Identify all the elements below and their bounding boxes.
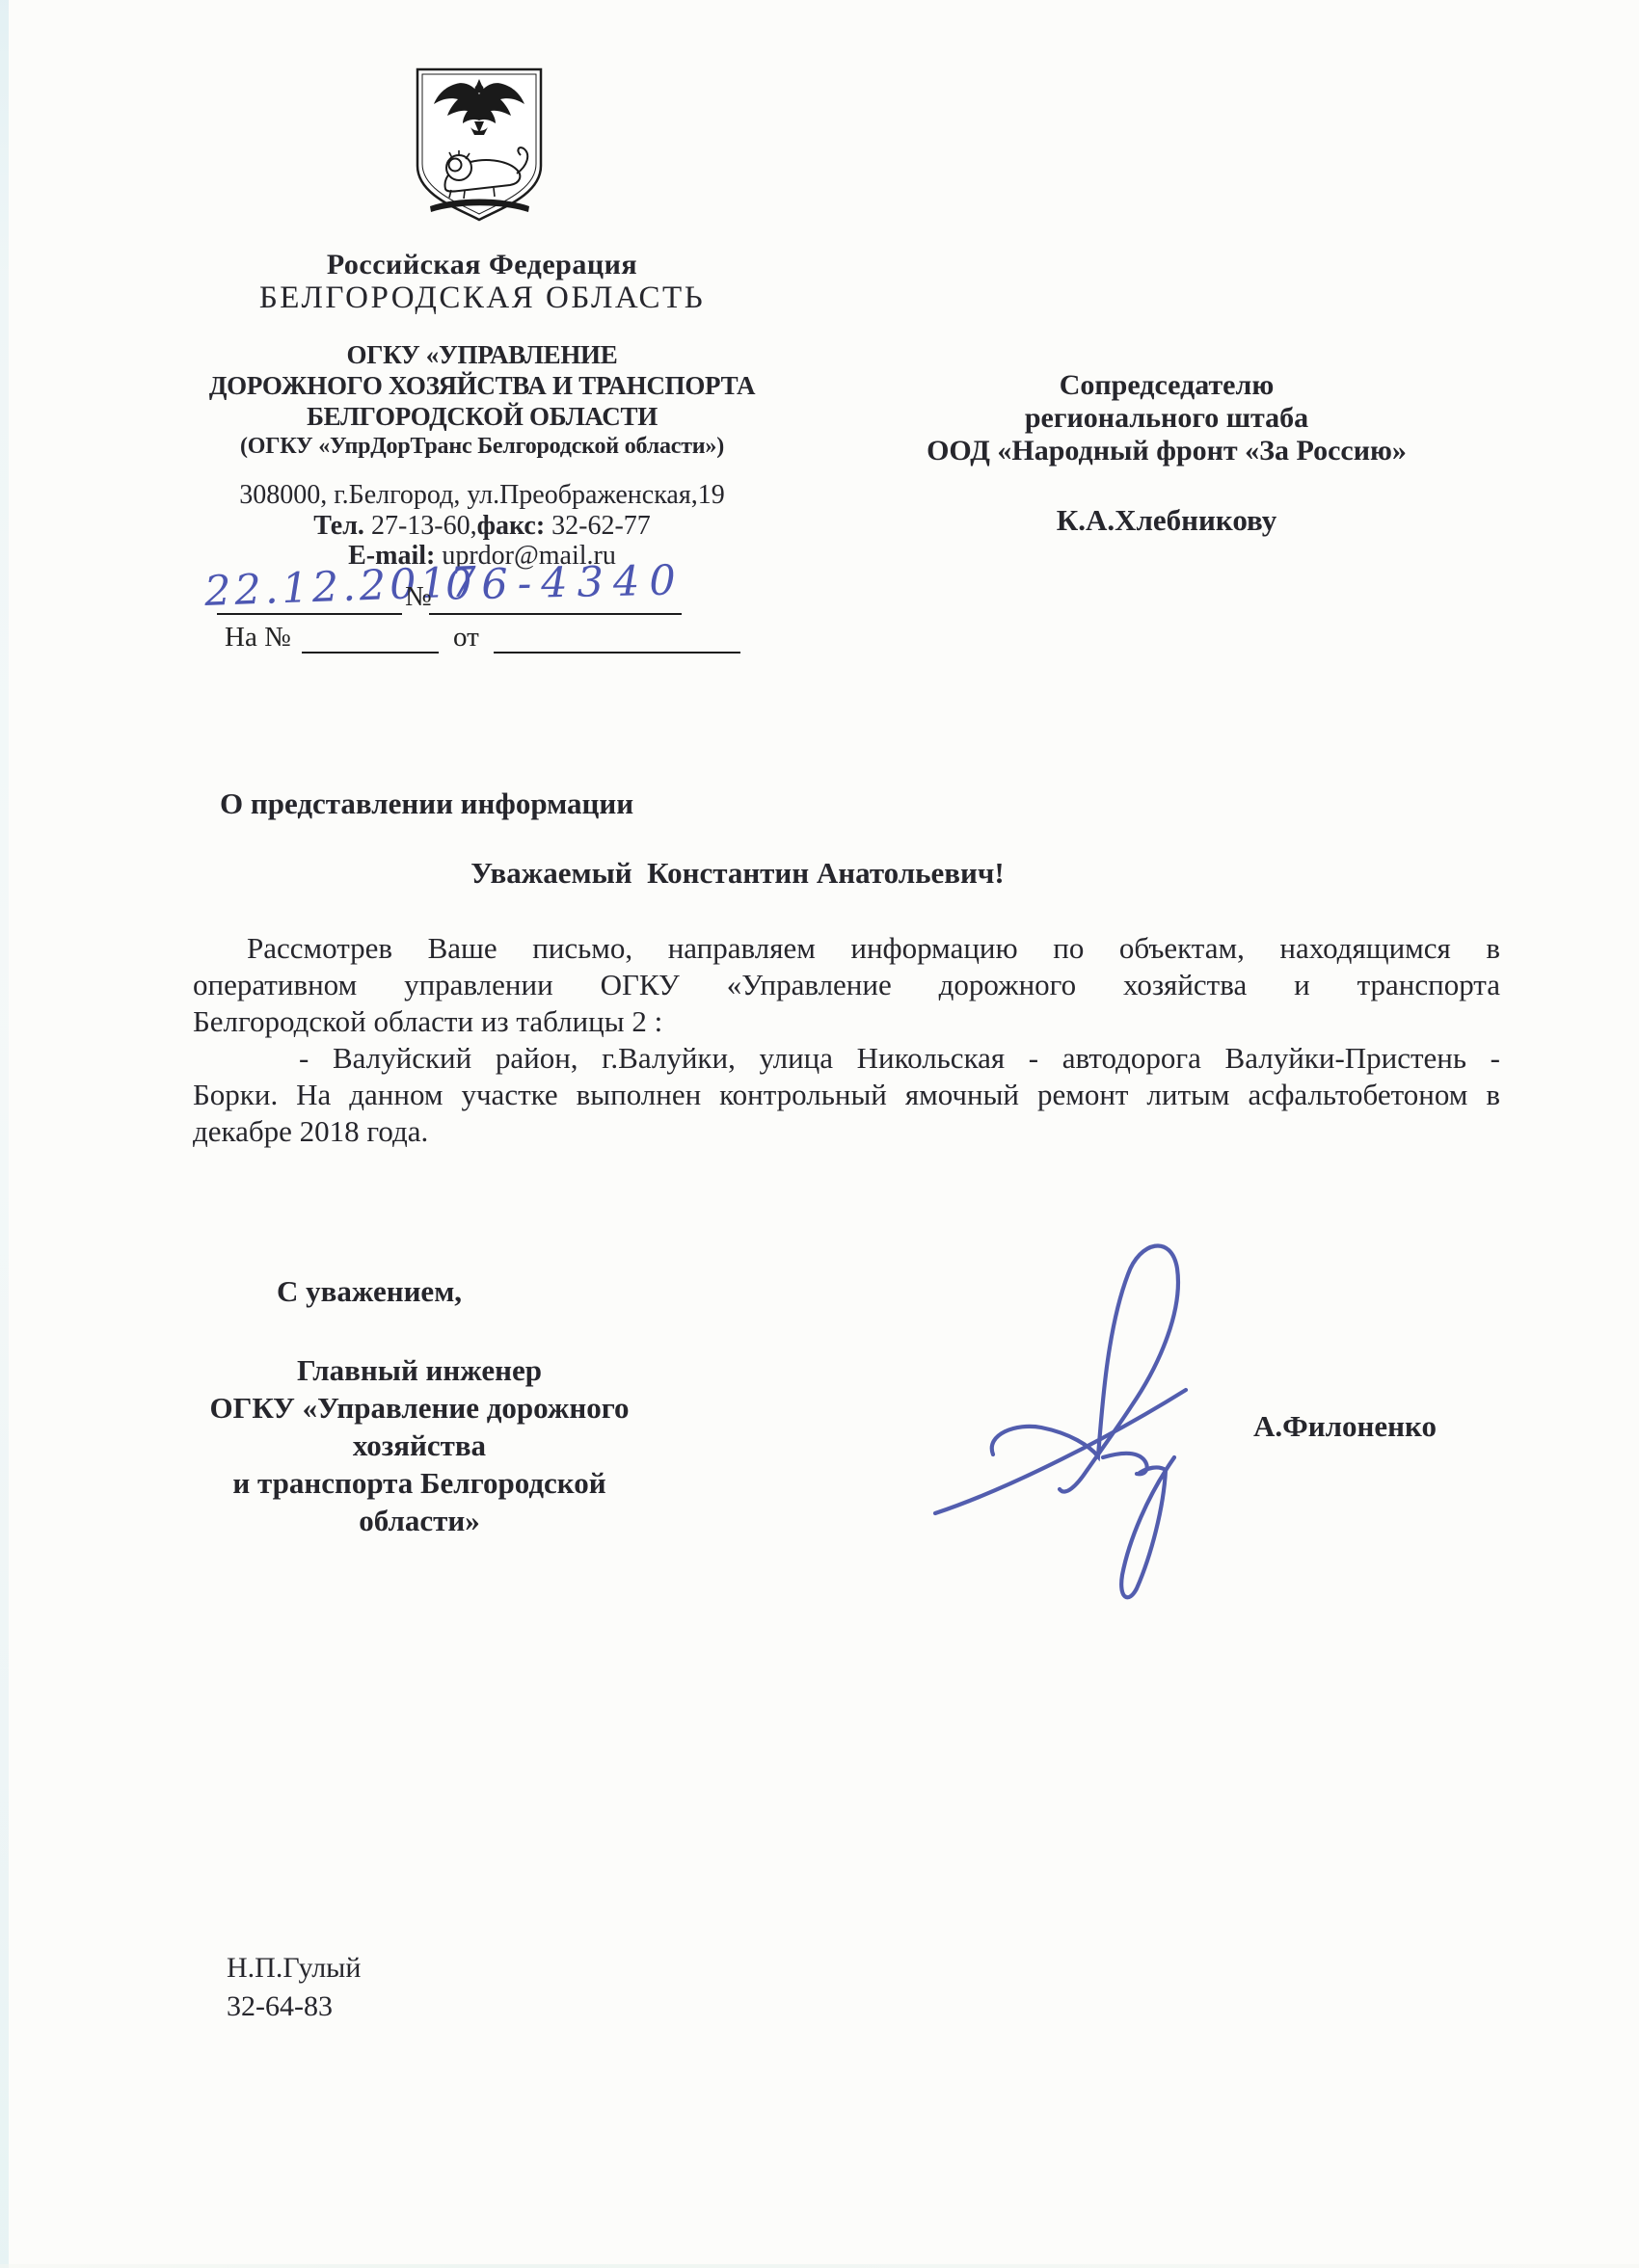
phone-value: 27-13-60,	[371, 511, 477, 541]
signature-ink-icon	[933, 1216, 1261, 1612]
recipient-line1: Сопредседателю	[868, 369, 1465, 402]
scan-edge-artifact-left	[0, 0, 9, 2268]
recipient-name: К.А.Хлебникову	[868, 503, 1465, 538]
letterhead-country: Российская Федерация	[154, 249, 810, 281]
handwritten-date: 22.12.2017	[203, 558, 481, 616]
phone-label: Тел.	[313, 511, 364, 541]
org-name-line3: БЕЛГОРОДСКОЙ ОБЛАСТИ	[154, 401, 810, 432]
reply-number-prefix: На №	[225, 622, 291, 654]
letterhead-address: 308000, г.Белгород, ул.Преображенская,19	[154, 480, 810, 511]
date-underline	[217, 613, 402, 615]
signer-title-line2: ОГКУ «Управление дорожного хозяйства	[193, 1389, 646, 1464]
letterhead-phone-fax: Тел. 27-13-60,факс: 32-62-77	[154, 511, 810, 542]
fax-value: 32-62-77	[551, 511, 651, 541]
recipient-line3: ООД «Народный фронт «За Россию»	[868, 435, 1465, 467]
fax-label: факс:	[477, 511, 546, 541]
signer-title-line3: и транспорта Белгородской области»	[193, 1464, 646, 1539]
executor-phone: 32-64-83	[227, 1988, 361, 2026]
reply-date-underline	[494, 652, 740, 654]
number-underline	[429, 613, 682, 615]
body-line: декабре 2018 года.	[193, 1113, 1500, 1150]
signer-title-line1: Главный инженер	[193, 1351, 646, 1389]
executor-name: Н.П.Гулый	[227, 1949, 361, 1988]
number-sign: №	[405, 581, 432, 613]
executor-block: Н.П.Гулый 32-64-83	[227, 1949, 361, 2026]
signer-title-block: Главный инженер ОГКУ «Управление дорожно…	[193, 1351, 646, 1539]
body-line: оперативном управлении ОГКУ «Управление …	[193, 967, 1500, 1003]
scan-edge-artifact-bottom	[0, 2264, 1639, 2268]
handwritten-outgoing-number: 06-4340	[445, 556, 686, 609]
letter-body: Рассмотрев Ваше письмо, направляем инфор…	[193, 930, 1500, 1150]
subject-line: О представлении информации	[220, 787, 633, 821]
salutation: Уважаемый Константин Анатольевич!	[193, 856, 1282, 891]
reply-number-underline	[302, 652, 439, 654]
body-line: Рассмотрев Ваше письмо, направляем инфор…	[193, 930, 1500, 967]
body-line: Борки. На данном участке выполнен контро…	[193, 1077, 1500, 1113]
scanned-letter-page: Российская Федерация БЕЛГОРОДСКАЯ ОБЛАСТ…	[0, 0, 1639, 2268]
recipient-block: Сопредседателю регионального штаба ООД «…	[868, 369, 1465, 467]
reply-from-label: от	[453, 622, 479, 654]
closing-regards: С уважением,	[277, 1274, 462, 1309]
letterhead-org-short-name: (ОГКУ «УпрДорТранс Белгородской области»…	[154, 434, 810, 460]
recipient-line2: регионального штаба	[868, 402, 1465, 435]
letterhead-org-name: ОГКУ «УПРАВЛЕНИЕ ДОРОЖНОГО ХОЗЯЙСТВА И Т…	[154, 339, 810, 432]
org-name-line2: ДОРОЖНОГО ХОЗЯЙСТВА И ТРАНСПОРТА	[154, 370, 810, 401]
belgorod-coat-of-arms-icon	[413, 66, 546, 227]
letterhead-region: БЕЛГОРОДСКАЯ ОБЛАСТЬ	[154, 280, 810, 316]
body-line: Белгородской области из таблицы 2 :	[193, 1003, 1500, 1040]
body-line: - Валуйский район, г.Валуйки, улица Нико…	[193, 1040, 1500, 1077]
org-name-line1: ОГКУ «УПРАВЛЕНИЕ	[154, 339, 810, 370]
signer-name: А.Филоненко	[1253, 1409, 1437, 1444]
